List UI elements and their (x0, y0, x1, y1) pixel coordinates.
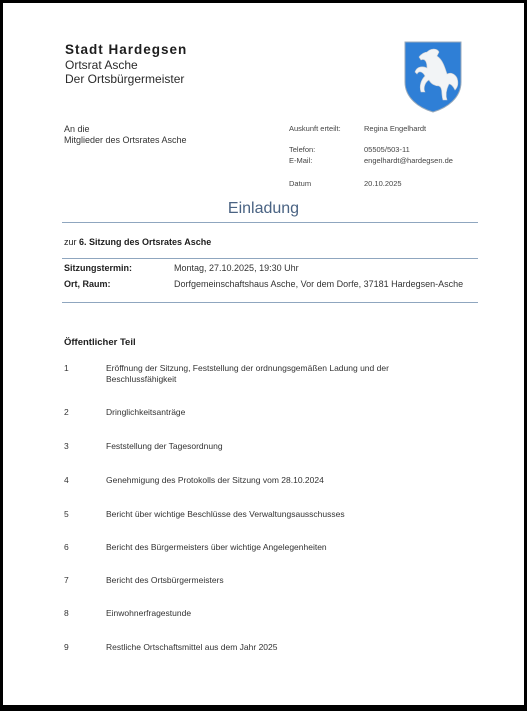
agenda-item-number: 8 (64, 608, 69, 618)
ort-value: Dorfgemeinschaftshaus Asche, Vor dem Dor… (174, 279, 474, 290)
auskunft-label: Auskunft erteilt: (289, 124, 341, 133)
auskunft-value: Regina Engelhardt (364, 124, 426, 133)
agenda-item-text: Eröffnung der Sitzung, Feststellung der … (106, 363, 406, 385)
agenda-item-number: 6 (64, 542, 69, 552)
meta-top-rule (62, 258, 478, 259)
org-role: Der Ortsbürgermeister (65, 72, 184, 86)
agenda-item-text: Dringlichkeitsanträge (106, 407, 406, 418)
termin-value: Montag, 27.10.2025, 19:30 Uhr (174, 263, 474, 274)
ort-label: Ort, Raum: (64, 279, 111, 289)
agenda-item-text: Feststellung der Tagesordnung (106, 441, 406, 452)
datum-label: Datum (289, 179, 311, 188)
agenda-item-number: 5 (64, 509, 69, 519)
document-title: Einladung (3, 200, 524, 218)
agenda-item-number: 2 (64, 407, 69, 417)
email-label: E-Mail: (289, 156, 312, 165)
agenda-item-text: Genehmigung des Protokolls der Sitzung v… (106, 475, 406, 486)
agenda-item-number: 7 (64, 575, 69, 585)
document-page: Stadt Hardegsen Ortsrat Asche Der Ortsbü… (3, 3, 524, 705)
agenda-item-number: 4 (64, 475, 69, 485)
datum-value: 20.10.2025 (364, 179, 402, 188)
section-title: Öffentlicher Teil (64, 337, 136, 348)
agenda-item-text: Restliche Ortschaftsmittel aus dem Jahr … (106, 642, 406, 653)
title-rule (62, 222, 478, 223)
agenda-item-text: Bericht über wichtige Beschlüsse des Ver… (106, 509, 406, 520)
session-name: 6. Sitzung des Ortsrates Asche (79, 237, 211, 247)
session-prefix: zur (64, 237, 77, 247)
horse-coat-of-arms-icon (403, 40, 463, 114)
recipient-line-2: Mitglieder des Ortsrates Asche (64, 135, 187, 145)
organization-name: Stadt Hardegsen (65, 42, 187, 57)
agenda-item-number: 1 (64, 363, 69, 373)
agenda-item-number: 9 (64, 642, 69, 652)
agenda-item-number: 3 (64, 441, 69, 451)
recipient-line-1: An die (64, 124, 90, 134)
agenda-item-text: Einwohnerfragestunde (106, 608, 406, 619)
telefon-value: 05505/503-11 (364, 145, 410, 154)
termin-label: Sitzungstermin: (64, 263, 132, 273)
org-subtitle: Ortsrat Asche (65, 58, 138, 72)
telefon-label: Telefon: (289, 145, 315, 154)
meta-bottom-rule (62, 302, 478, 303)
agenda-item-text: Bericht des Bürgermeisters über wichtige… (106, 542, 406, 553)
email-value[interactable]: engelhardt@hardegsen.de (364, 156, 453, 165)
agenda-item-text: Bericht des Ortsbürgermeisters (106, 575, 406, 586)
session-line: zur 6. Sitzung des Ortsrates Asche (64, 237, 211, 247)
